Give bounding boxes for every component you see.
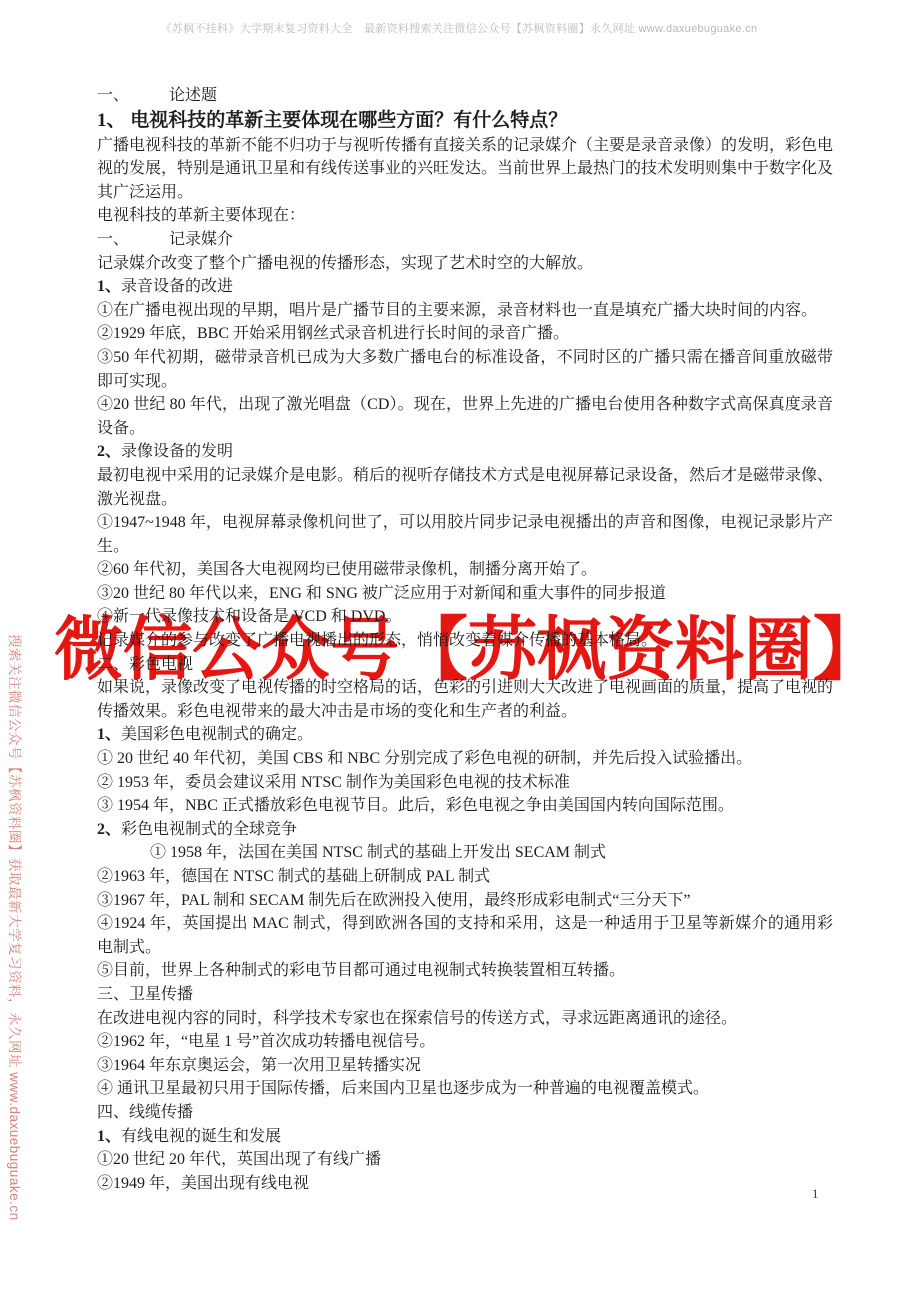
paragraph-29: ④1924 年，英国提出 MAC 制式，得到欧洲各国的支持和采用，这是一种适用于… [97, 912, 833, 959]
paragraph-38: ①20 世纪 20 年代，英国出现了有线广播 [97, 1148, 833, 1172]
paragraph-33: ②1962 年，“电星 1 号”首次成功转播电视信号。 [97, 1030, 833, 1054]
paragraph-5: 一、 记录媒介 [97, 228, 833, 252]
paragraph-21: 1、美国彩色电视制式的确定。 [97, 723, 833, 747]
paragraph-number: 1、 [97, 726, 121, 743]
page-number: 1 [812, 1186, 819, 1202]
side-watermark-vertical: 搜索关注微信公众号【苏枫资料圈】获取最新大学复习资料，永久网址 www.daxu… [6, 634, 26, 1221]
paragraph-31: 三、卫星传播 [97, 983, 833, 1007]
paragraph-10: ③50 年代初期，磁带录音机已成为大多数广播电台的标准设备，不同时区的广播只需在… [97, 346, 833, 393]
paragraph-13: 最初电视中采用的记录媒介是电影。稍后的视听存储技术方式是电视屏幕记录设备，然后才… [97, 464, 833, 511]
paragraph-text: 录音设备的改进 [121, 278, 233, 295]
paragraph-16: ③20 世纪 80 年代以来，ENG 和 SNG 被广泛应用于对新闻和重大事件的… [97, 582, 833, 606]
paragraph-14: ①1947~1948 年，电视屏幕录像机问世了，可以用胶片同步记录电视播出的声音… [97, 511, 833, 558]
paragraph-18: 记录媒介的参与改变了广播电视播出的形态，悄悄改变着媒介传播的基本格局。 [97, 629, 833, 653]
paragraph-20: 如果说，录像改变了电视传播的时空格局的话，色彩的引进则大大改进了电视画面的质量，… [97, 676, 833, 723]
paragraph-text: 彩色电视制式的全球竞争 [121, 821, 297, 838]
paragraph-number: 2、 [97, 443, 121, 460]
paragraph-8: ①在广播电视出现的早期，唱片是广播节目的主要来源，录音材料也一直是填充广播大块时… [97, 299, 833, 323]
paragraph-35: ④ 通讯卫星最初只用于国际传播，后来国内卫星也逐步成为一种普遍的电视覆盖模式。 [97, 1077, 833, 1101]
paragraph-text: 录像设备的发明 [121, 443, 233, 460]
paragraph-11: ④20 世纪 80 年代，出现了激光唱盘（CD）。现在，世界上先进的广播电台使用… [97, 393, 833, 440]
paragraph-39: ②1949 年，美国出现有线电视 [97, 1172, 833, 1196]
paragraph-37: 1、有线电视的诞生和发展 [97, 1125, 833, 1149]
document-body: 一、 论述题1、 电视科技的革新主要体现在哪些方面？有什么特点？广播电视科技的革… [97, 84, 833, 1195]
paragraph-17: ④新一代录像技术和设备是 VCD 和 DVD。 [97, 605, 833, 629]
paragraph-number: 2、 [97, 821, 121, 838]
paragraph-23: ② 1953 年，委员会建议采用 NTSC 制作为美国彩色电视的技术标准 [97, 771, 833, 795]
paragraph-36: 四、线缆传播 [97, 1101, 833, 1125]
paragraph-6: 记录媒介改变了整个广播电视的传播形态，实现了艺术时空的大解放。 [97, 252, 833, 276]
paragraph-34: ③1964 年东京奥运会，第一次用卫星转播实况 [97, 1054, 833, 1078]
paragraph-22: ① 20 世纪 40 年代初，美国 CBS 和 NBC 分别完成了彩色电视的研制… [97, 747, 833, 771]
paragraph-number: 1、 [97, 278, 121, 295]
paragraph-24: ③ 1954 年，NBC 正式播放彩色电视节目。此后，彩色电视之争由美国国内转向… [97, 794, 833, 818]
paragraph-27: ②1963 年，德国在 NTSC 制式的基础上研制成 PAL 制式 [97, 865, 833, 889]
paragraph-9: ②1929 年底，BBC 开始采用钢丝式录音机进行长时间的录音广播。 [97, 322, 833, 346]
paragraph-12: 2、录像设备的发明 [97, 440, 833, 464]
paragraph-number: 1、 [97, 1128, 121, 1145]
page-header-text: 《苏枫不挂科》大学期末复习资料大全 最新资料搜索关注微信公众号【苏枫资料圈】永久… [0, 20, 918, 36]
paragraph-26: ① 1958 年，法国在美国 NTSC 制式的基础上开发出 SECAM 制式 [97, 841, 833, 865]
paragraph-25: 2、彩色电视制式的全球竞争 [97, 818, 833, 842]
paragraph-2: 1、 电视科技的革新主要体现在哪些方面？有什么特点？ [97, 108, 833, 134]
paragraph-text: 有线电视的诞生和发展 [121, 1128, 281, 1145]
paragraph-1: 一、 论述题 [97, 84, 833, 108]
paragraph-28: ③1967 年，PAL 制和 SECAM 制先后在欧洲投入使用，最终形成彩电制式… [97, 889, 833, 913]
paragraph-32: 在改进电视内容的同时，科学技术专家也在探索信号的传送方式，寻求远距离通讯的途径。 [97, 1007, 833, 1031]
paragraph-7: 1、录音设备的改进 [97, 275, 833, 299]
paragraph-3: 广播电视科技的革新不能不归功于与视听传播有直接关系的记录媒介（主要是录音录像）的… [97, 134, 833, 205]
paragraph-text: 美国彩色电视制式的确定。 [121, 726, 313, 743]
paragraph-30: ⑤目前，世界上各种制式的彩电节目都可通过电视制式转换装置相互转播。 [97, 959, 833, 983]
paragraph-19: 二、彩色电视 [97, 653, 833, 677]
paragraph-4: 电视科技的革新主要体现在： [97, 204, 833, 228]
paragraph-15: ②60 年代初，美国各大电视网均已使用磁带录像机，制播分离开始了。 [97, 558, 833, 582]
